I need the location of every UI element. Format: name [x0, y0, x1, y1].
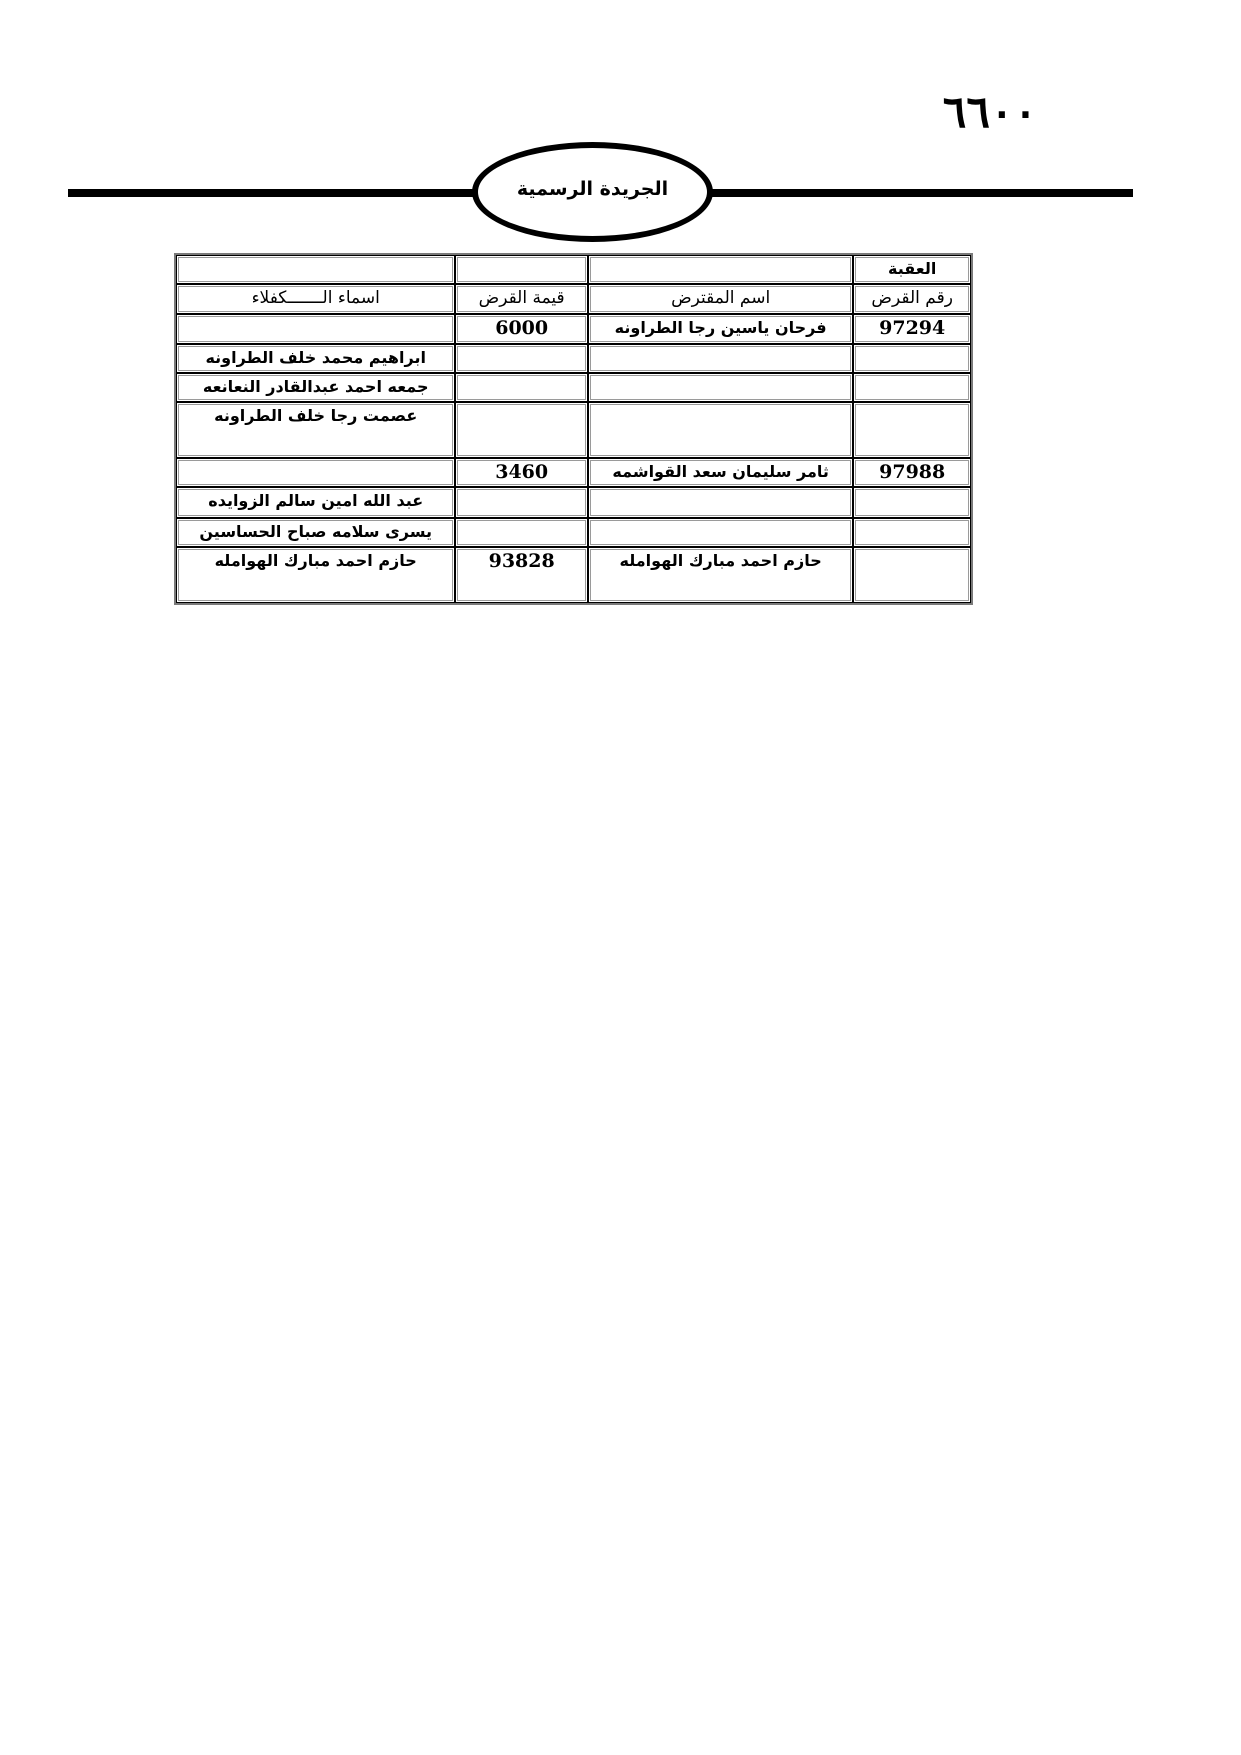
header-blank-guarantors: [176, 255, 455, 284]
masthead-rule-right: [708, 189, 1133, 197]
amount-cell: [455, 487, 588, 518]
header-region: العقبة: [853, 255, 971, 284]
masthead-emblem: الجريدة الرسمية: [472, 142, 713, 242]
table-row: ابراهيم محمد خلف الطراونه: [176, 344, 971, 373]
amount-cell: [455, 518, 588, 547]
table-row: جمعه احمد عبدالقادر النعانعه: [176, 373, 971, 402]
loan-number-cell: [853, 547, 971, 603]
table-row: حازم احمد مبارك الهوامله 93828 حازم احمد…: [176, 547, 971, 603]
page-number: ٦٦٠٠: [930, 88, 1050, 138]
loan-number-cell: [853, 402, 971, 458]
borrower-cell: ثامر سليمان سعد القواشمه: [588, 458, 853, 487]
borrower-cell: [588, 487, 853, 518]
column-header-borrower: اسم المقترض: [588, 284, 853, 314]
borrower-cell: حازم احمد مبارك الهوامله: [588, 547, 853, 603]
loan-number-cell: 97988: [853, 458, 971, 487]
column-header-amount: قيمة القرض: [455, 284, 588, 314]
loan-number-cell: [853, 518, 971, 547]
table-row: يسرى سلامه صباح الحساسين: [176, 518, 971, 547]
amount-cell: 3460: [455, 458, 588, 487]
masthead-rule-left: [68, 189, 478, 197]
loan-table: العقبة رقم القرض اسم المقترض قيمة القرض …: [174, 253, 973, 605]
guarantor-cell: جمعه احمد عبدالقادر النعانعه: [176, 373, 455, 402]
borrower-cell: فرحان ياسين رجا الطراونه: [588, 314, 853, 344]
loan-number-cell: [853, 344, 971, 373]
masthead-title: الجريدة الرسمية: [517, 178, 668, 200]
guarantor-cell: يسرى سلامه صباح الحساسين: [176, 518, 455, 547]
borrower-cell: [588, 344, 853, 373]
column-header-loan-number: رقم القرض: [853, 284, 971, 314]
table-row: عصمت رجا خلف الطراونه: [176, 402, 971, 458]
amount-cell: [455, 402, 588, 458]
guarantor-cell: [176, 458, 455, 487]
amount-cell: [455, 373, 588, 402]
guarantor-cell: [176, 314, 455, 344]
header-blank-borrower: [588, 255, 853, 284]
loan-number-cell: [853, 487, 971, 518]
amount-cell: 93828: [455, 547, 588, 603]
guarantor-cell: حازم احمد مبارك الهوامله: [176, 547, 455, 603]
table-row: 97988 ثامر سليمان سعد القواشمه 3460: [176, 458, 971, 487]
table-row: عبد الله امين سالم الزوايده: [176, 487, 971, 518]
loan-number-cell: [853, 373, 971, 402]
loan-number-cell: 97294: [853, 314, 971, 344]
borrower-cell: [588, 402, 853, 458]
header-blank-amount: [455, 255, 588, 284]
column-header-guarantors: اسماء الـــــــكفلاء: [176, 284, 455, 314]
amount-cell: 6000: [455, 314, 588, 344]
table-header-row-top: العقبة: [176, 255, 971, 284]
borrower-cell: [588, 518, 853, 547]
guarantor-cell: عصمت رجا خلف الطراونه: [176, 402, 455, 458]
table-row: 97294 فرحان ياسين رجا الطراونه 6000: [176, 314, 971, 344]
borrower-cell: [588, 373, 853, 402]
amount-cell: [455, 344, 588, 373]
table-header-row: رقم القرض اسم المقترض قيمة القرض اسماء ا…: [176, 284, 971, 314]
guarantor-cell: عبد الله امين سالم الزوايده: [176, 487, 455, 518]
guarantor-cell: ابراهيم محمد خلف الطراونه: [176, 344, 455, 373]
